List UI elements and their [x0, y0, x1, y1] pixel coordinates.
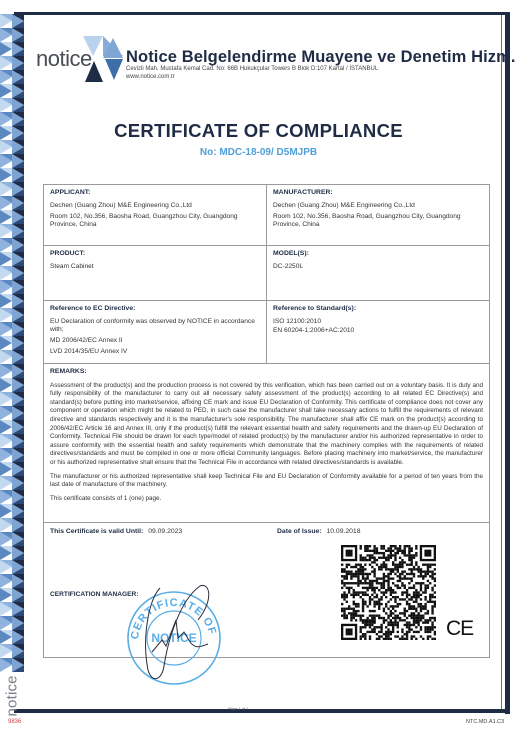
page-indicator: Page 1 of 1	[228, 706, 248, 711]
validity-row: This Certificate is valid Until: 09.09.2…	[50, 528, 182, 536]
certificate-title: CERTIFICATE OF COMPLIANCE	[0, 120, 517, 142]
standard-line: ISO 12100:2010	[273, 318, 483, 326]
applicant-address: Room 102, No.356, Baosha Road, Guangzhou…	[50, 213, 260, 229]
footer-code-right: NTC.MD.A1.C3	[466, 719, 504, 725]
applicant-name: Dechen (Guang Zhou) M&E Engineering Co.,…	[50, 202, 260, 210]
issue-value: 10.09.2018	[326, 528, 360, 535]
standard-line: EN 60204-1:2006+AC:2010	[273, 327, 483, 335]
remarks-paragraph: This certificate consists of 1 (one) pag…	[50, 495, 483, 504]
models-value: DC-2250L	[273, 263, 483, 271]
manufacturer-name: Dechen (Guang Zhou) M&E Engineering Co.,…	[273, 202, 483, 210]
certificate-number: No: MDC-18-09/ D5MJPB	[0, 147, 517, 158]
svg-text:NOTICE: NOTICE	[151, 631, 196, 645]
models-label: MODEL(S):	[273, 250, 483, 258]
remarks-cell: REMARKS: Assessment of the product(s) an…	[43, 363, 490, 523]
validity-label: This Certificate is valid Until:	[50, 528, 143, 535]
company-website[interactable]: www.notice.com.tr	[126, 74, 175, 80]
ec-directive-label: Reference to EC Directive:	[50, 305, 260, 313]
product-label: PRODUCT:	[50, 250, 260, 258]
ec-directive-line: LVD 2014/35/EU Annex IV	[50, 348, 260, 356]
triangle-border-pattern-icon	[0, 14, 24, 676]
ec-directive-line: EU Declaration of conformity was observe…	[50, 318, 260, 334]
manufacturer-address: Room 102, No.356, Baosha Road, Guangzhou…	[273, 213, 483, 229]
footer-code-left: 9836	[8, 719, 21, 725]
side-brand-text: notice	[4, 677, 21, 717]
ec-directive-cell: Reference to EC Directive: EU Declaratio…	[43, 300, 267, 364]
validity-value: 09.09.2023	[148, 528, 182, 535]
applicant-cell: APPLICANT: Dechen (Guang Zhou) M&E Engin…	[43, 184, 267, 246]
remarks-paragraph: The manufacturer or his authorized repre…	[50, 473, 483, 490]
frame-top-border	[14, 12, 510, 15]
applicant-label: APPLICANT:	[50, 189, 260, 197]
remarks-paragraph: Assessment of the product(s) and the pro…	[50, 382, 483, 468]
company-address: Cevizli Mah. Mustafa Kemal Cad. No: 66B …	[126, 66, 378, 72]
product-value: Steam Cabinet	[50, 263, 260, 271]
ce-mark-icon: CE	[446, 617, 473, 641]
qr-code-icon[interactable]	[341, 545, 436, 640]
frame-bottom-border	[14, 709, 510, 713]
company-name: Notice Belgelendirme Muayene ve Denetim …	[126, 48, 517, 67]
manufacturer-label: MANUFACTURER:	[273, 189, 483, 197]
standards-label: Reference to Standard(s):	[273, 305, 483, 313]
compliance-stamp-icon: CERTIFICATE OF COMPLIANCE NOTICE	[118, 580, 228, 690]
notice-logo-icon	[83, 36, 123, 82]
issue-label: Date of Issue:	[277, 528, 322, 535]
manufacturer-cell: MANUFACTURER: Dechen (Guang Zhou) M&E En…	[266, 184, 490, 246]
issue-row: Date of Issue: 10.09.2018	[277, 528, 361, 536]
product-cell: PRODUCT: Steam Cabinet	[43, 245, 267, 301]
standards-cell: Reference to Standard(s): ISO 12100:2010…	[266, 300, 490, 364]
models-cell: MODEL(S): DC-2250L	[266, 245, 490, 301]
ec-directive-line: MD 2006/42/EC Annex II	[50, 337, 260, 345]
frame-right-border	[505, 12, 510, 714]
remarks-label: REMARKS:	[50, 368, 483, 377]
